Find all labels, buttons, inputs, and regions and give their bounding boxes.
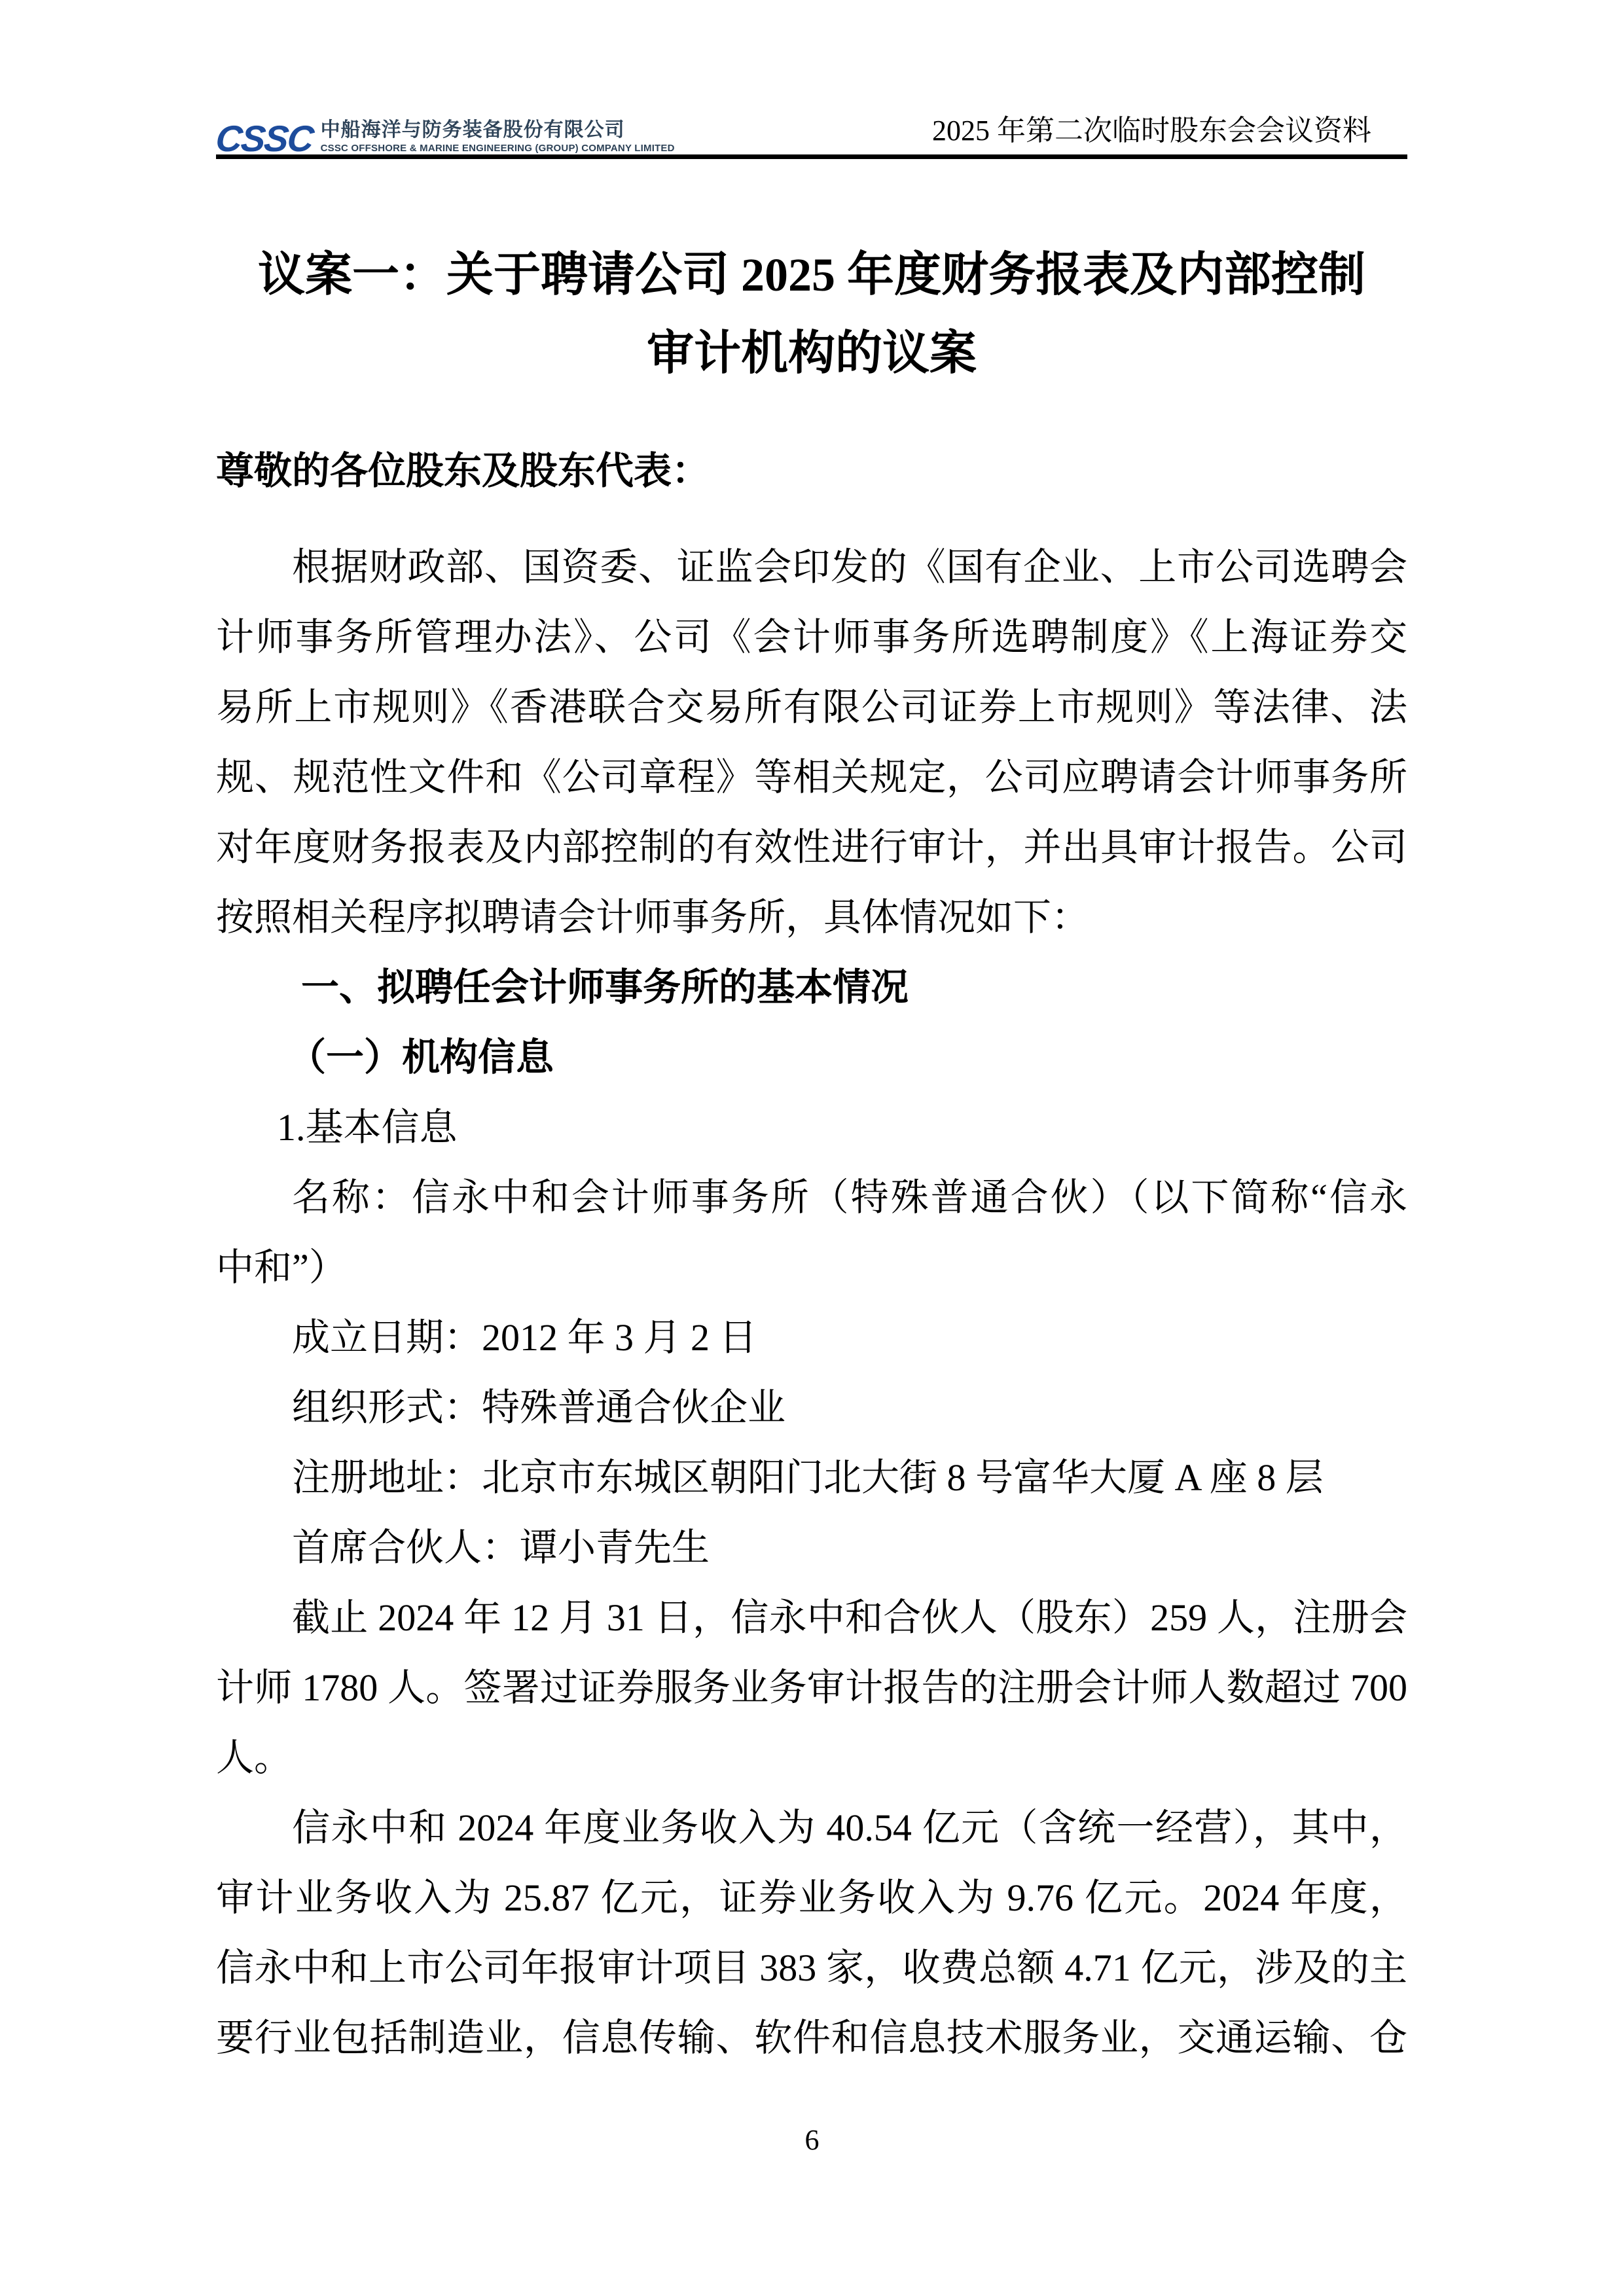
proposal-title-line1: 议案一：关于聘请公司 2025 年度财务报表及内部控制 — [216, 236, 1407, 314]
paragraph-line: 审计业务收入为 25.87 亿元，证券业务收入为 9.76 亿元。2024 年度… — [216, 1863, 1407, 1933]
paragraph-line: 信永中和上市公司年报审计项目 383 家，收费总额 4.71 亿元，涉及的主 — [216, 1933, 1407, 2003]
subsection-heading: 1.基本信息 — [216, 1092, 1407, 1162]
info-line-chief-partner: 首席合伙人：谭小青先生 — [216, 1513, 1407, 1583]
cssc-logo-mark: CSSC — [215, 124, 314, 153]
info-line-address: 注册地址：北京市东城区朝阳门北大街 8 号富华大厦 A 座 8 层 — [216, 1443, 1407, 1513]
company-name-english: CSSC OFFSHORE & MARINE ENGINEERING (GROU… — [321, 143, 675, 153]
proposal-title: 议案一：关于聘请公司 2025 年度财务报表及内部控制 审计机构的议案 — [216, 236, 1407, 393]
paragraph-line: 对年度财务报表及内部控制的有效性进行审计，并出具审计报告。公司 — [216, 812, 1407, 882]
document-page: CSSC 中船海洋与防务装备股份有限公司 CSSC OFFSHORE & MAR… — [0, 0, 1624, 2296]
info-line-name: 名称：信永中和会计师事务所（特殊普通合伙）（以下简称“信永 — [216, 1162, 1407, 1232]
document-body: 尊敬的各位股东及股东代表： 根据财政部、国资委、证监会印发的《国有企业、上市公司… — [216, 436, 1407, 2073]
proposal-title-line2: 审计机构的议案 — [216, 314, 1407, 393]
paragraph-line: 计师 1780 人。签署过证券服务业务审计报告的注册会计师人数超过 700 — [216, 1653, 1407, 1723]
paragraph-line: 规、规范性文件和《公司章程》等相关规定，公司应聘请会计师事务所 — [216, 742, 1407, 812]
paragraph-line: 计师事务所管理办法》、公司《会计师事务所选聘制度》《上海证券交 — [216, 602, 1407, 672]
section-heading-1: 一、拟聘任会计师事务所的基本情况 — [216, 952, 1407, 1022]
paragraph-line: 人。 — [216, 1723, 1407, 1793]
company-logo: CSSC 中船海洋与防务装备股份有限公司 CSSC OFFSHORE & MAR… — [216, 120, 675, 154]
page-number: 6 — [0, 2124, 1624, 2157]
info-line-org-form: 组织形式：特殊普通合伙企业 — [216, 1372, 1407, 1443]
paragraph-line: 根据财政部、国资委、证监会印发的《国有企业、上市公司选聘会 — [216, 532, 1407, 602]
paragraph-line: 要行业包括制造业，信息传输、软件和信息技术服务业，交通运输、仓 — [216, 2003, 1407, 2073]
company-logo-names: 中船海洋与防务装备股份有限公司 CSSC OFFSHORE & MARINE E… — [321, 120, 675, 153]
section-heading-1-1: （一）机构信息 — [216, 1022, 1407, 1092]
info-line-founded: 成立日期：2012 年 3 月 2 日 — [216, 1302, 1407, 1372]
salutation: 尊敬的各位股东及股东代表： — [216, 436, 1407, 506]
paragraph-line: 信永中和 2024 年度业务收入为 40.54 亿元（含统一经营），其中， — [216, 1793, 1407, 1863]
paragraph-line: 按照相关程序拟聘请会计师事务所，具体情况如下： — [216, 882, 1407, 952]
header-meeting-label: 2025 年第二次临时股东会会议资料 — [932, 117, 1407, 154]
page-header: CSSC 中船海洋与防务装备股份有限公司 CSSC OFFSHORE & MAR… — [216, 97, 1407, 159]
paragraph-line: 易所上市规则》《香港联合交易所有限公司证券上市规则》等法律、法 — [216, 672, 1407, 742]
company-name-chinese: 中船海洋与防务装备股份有限公司 — [321, 120, 675, 141]
info-line-name-cont: 中和”） — [216, 1232, 1407, 1302]
paragraph-line: 截止 2024 年 12 月 31 日，信永中和合伙人（股东）259 人，注册会 — [216, 1583, 1407, 1653]
